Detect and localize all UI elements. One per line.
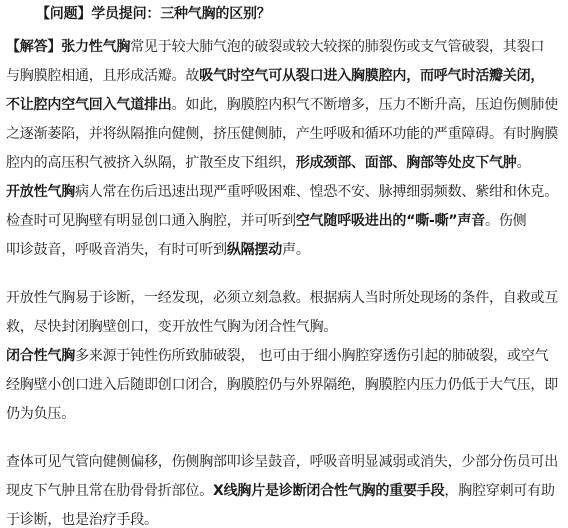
text-line: 叩诊鼓音，呼吸音消失，有时可听到纵隔摆动声。 xyxy=(6,239,310,261)
text: 声。 xyxy=(282,242,310,258)
text-line: 之逐渐萎陷，并将纵隔推向健侧，挤压健侧肺，产生呼吸和循环功能的严重障碍。有时胸膜 xyxy=(6,123,558,145)
text: 经胸壁小创口进入后随即创口闭合，胸膜腔仍与外界隔绝，胸膜腔内压力仍低于大气压，即 xyxy=(6,377,558,393)
bold-text: 张力性气胸 xyxy=(61,39,130,55)
text: 多来源于钝性伤所致肺破裂， 也可由于细小胸腔穿透伤引起的肺破裂，或空气 xyxy=(75,348,548,364)
bold-text: 形成颈部、面部、胸部等处皮下气肿 xyxy=(296,155,517,171)
text: 与胸膜腔相通，且形成活瓣。故 xyxy=(6,68,199,84)
text-line: 【解答】张力性气胸常见于较大肺气泡的破裂或较大较探的肺裂伤或支气管破裂，其裂口 xyxy=(6,36,544,58)
text: 。如此，胸膜腔内积气不断增多，压力不断升高，压迫伤侧肺使 xyxy=(172,97,558,113)
text-line: 查体可见气管向健侧偏移，伤侧胸部叩诊呈鼓音，呼吸音明显减弱或消失，少部分伤员可出 xyxy=(6,451,558,473)
text: 。伤侧 xyxy=(485,213,526,229)
question-heading: 【问题】学员提问：三种气胸的区别？ xyxy=(36,3,271,25)
text: 于诊断，也是治疗手段。 xyxy=(6,512,158,528)
text-line: 经胸壁小创口进入后随即创口闭合，胸膜腔仍与外界隔绝，胸膜腔内压力仍低于大气压，即 xyxy=(6,374,558,396)
text-line: 于诊断，也是治疗手段。 xyxy=(6,509,158,528)
text-line: 开放性气胸病人常在伤后迅速出现严重呼吸困难、惶恐不安、脉搏细弱频数、紫绀和休克。 xyxy=(6,181,558,203)
text: 救，尽快封闭胸壁创口，变开放性气胸为闭合性气胸。 xyxy=(6,319,337,335)
text-line: 仍为负压。 xyxy=(6,403,75,425)
text-line: 腔内的高压积气被挤入纵隔，扩散至皮下组织，形成颈部、面部、胸部等处皮下气肿。 xyxy=(6,152,530,174)
bold-text: 不让腔内空气回入气道排出 xyxy=(6,97,172,113)
text-line: 闭合性气胸多来源于钝性伤所致肺破裂， 也可由于细小胸腔穿透伤引起的肺破裂，或空气 xyxy=(6,345,548,367)
bold-text: 闭合性气胸 xyxy=(6,348,75,364)
text-line: 检查时可见胸壁有明显创口通入胸腔，并可听到空气随呼吸进出的“嘶-嘶”声音。伤侧 xyxy=(6,210,526,232)
bold-text: 吸气时空气可从裂口进入胸膜腔内，而呼气时活瓣关闭， xyxy=(199,68,544,84)
text: 腔内的高压积气被挤入纵隔，扩散至皮下组织， xyxy=(6,155,296,171)
text: 查体可见气管向健侧偏移，伤侧胸部叩诊呈鼓音，呼吸音明显减弱或消失，少部分伤员可出 xyxy=(6,454,558,470)
text: 之逐渐萎陷，并将纵隔推向健侧，挤压健侧肺，产生呼吸和循环功能的严重障碍。有时胸膜 xyxy=(6,126,558,142)
text-line: 不让腔内空气回入气道排出。如此，胸膜腔内积气不断增多，压力不断升高，压迫伤侧肺使 xyxy=(6,94,558,116)
text: 病人常在伤后迅速出现严重呼吸困难、惶恐不安、脉搏细弱频数、紫绀和休克。 xyxy=(75,184,558,200)
bold-text: X线胸片是诊断闭合性气胸的重要手段 xyxy=(213,483,444,499)
text-line: 开放性气胸易于诊断，一经发现，必须立刻急救。根据病人当时所处现场的条件，自救或互 xyxy=(6,287,558,309)
bold-text: 纵隔摆动 xyxy=(227,242,282,258)
bold-text: 开放性气胸 xyxy=(6,184,75,200)
bold-text: 【解答】 xyxy=(6,39,61,55)
text: 叩诊鼓音，呼吸音消失，有时可听到 xyxy=(6,242,227,258)
text: ，胸腔穿刺可有助 xyxy=(444,483,554,499)
text: 检查时可见胸壁有明显创口通入胸腔，并可听到 xyxy=(6,213,296,229)
text: 开放性气胸易于诊断，一经发现，必须立刻急救。根据病人当时所处现场的条件，自救或互 xyxy=(6,290,558,306)
text: 。 xyxy=(517,155,531,171)
text: 现皮下气肿且常在肋骨骨折部位。 xyxy=(6,483,213,499)
text: 仍为负压。 xyxy=(6,406,75,422)
text-line: 现皮下气肿且常在肋骨骨折部位。X线胸片是诊断闭合性气胸的重要手段，胸腔穿刺可有助 xyxy=(6,480,555,502)
text: 常见于较大肺气泡的破裂或较大较探的肺裂伤或支气管破裂，其裂口 xyxy=(130,39,544,55)
text-line: 与胸膜腔相通，且形成活瓣。故吸气时空气可从裂口进入胸膜腔内，而呼气时活瓣关闭， xyxy=(6,65,544,87)
bold-text: 【问题】学员提问：三种气胸的区别？ xyxy=(36,6,271,22)
text-line: 救，尽快封闭胸壁创口，变开放性气胸为闭合性气胸。 xyxy=(6,316,337,338)
bold-text: 空气随呼吸进出的“嘶-嘶”声音 xyxy=(296,213,485,229)
